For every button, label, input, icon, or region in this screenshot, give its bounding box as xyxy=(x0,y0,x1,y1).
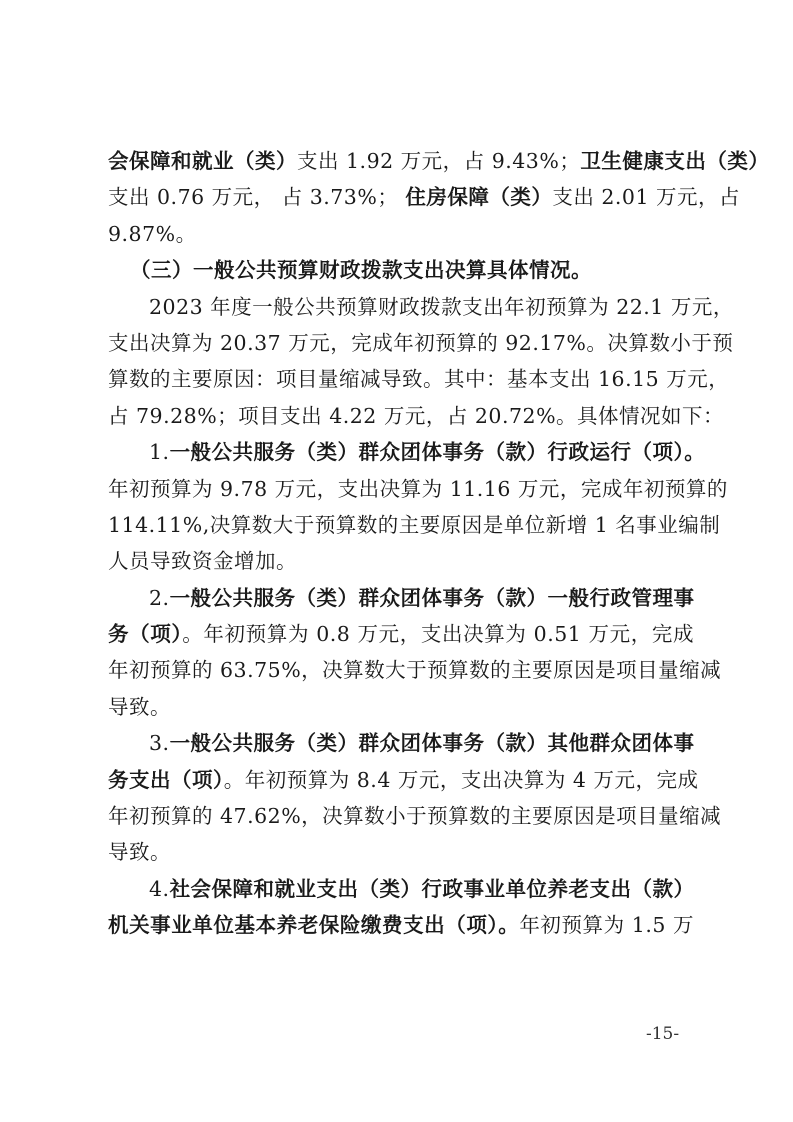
item-title-line: 务（项）。年初预算为 0.8 万元，支出决算为 0.51 万元，完成 xyxy=(108,616,694,652)
item-body-line: 年初预算的 47.62%，决算数小于预算数的主要原因是项目量缩减 xyxy=(108,798,694,834)
item-body-line: 年初预算为 9.78 万元，支出决算为 11.16 万元，完成年初预算的 xyxy=(108,471,694,507)
section-heading: （三）一般公共预算财政拨款支出决算具体情况。 xyxy=(108,252,694,288)
document-page: 会保障和就业（类）支出 1.92 万元，占 9.43%；卫生健康支出（类） 支出… xyxy=(108,143,694,944)
summary-line: 占 79.28%；项目支出 4.22 万元，占 20.72%。具体情况如下： xyxy=(108,398,694,434)
page-number: -15- xyxy=(646,1024,679,1044)
item-title: 一般公共服务（类）群众团体事务（款）其他群众团体事 xyxy=(170,731,695,755)
text-span: 9.87%。 xyxy=(108,222,197,246)
category-label: 住房保障（类） xyxy=(405,185,552,209)
item-title-line: 4.社会保障和就业支出（类）行政事业单位养老支出（款） xyxy=(108,871,694,907)
item-number: 1. xyxy=(149,440,170,464)
paragraph-line: 9.87%。 xyxy=(108,216,694,252)
summary-line: 算数的主要原因：项目量缩减导致。其中：基本支出 16.15 万元， xyxy=(108,361,694,397)
summary-line: 2023 年度一般公共预算财政拨款支出年初预算为 22.1 万元， xyxy=(108,289,694,325)
text-span: 支出 0.76 万元， 占 3.73%； xyxy=(108,185,405,209)
item-body-line: 导致。 xyxy=(108,834,694,870)
item-title: 社会保障和就业支出（类）行政事业单位养老支出（款） xyxy=(170,877,695,901)
item-number: 3. xyxy=(149,731,170,755)
item-number: 4. xyxy=(149,877,170,901)
paragraph-line: 支出 0.76 万元， 占 3.73%； 住房保障（类）支出 2.01 万元，占 xyxy=(108,179,694,215)
item-text: 年初预算为 1.5 万 xyxy=(519,913,694,937)
item-title-line: 务支出（项）。年初预算为 8.4 万元，支出决算为 4 万元，完成 xyxy=(108,762,694,798)
item-number: 2. xyxy=(149,586,170,610)
item-title: 一般公共服务（类）群众团体事务（款）一般行政管理事 xyxy=(170,586,695,610)
item-title-line: 机关事业单位基本养老保险缴费支出（项）。年初预算为 1.5 万 xyxy=(108,907,694,943)
text-span: 支出 1.92 万元，占 9.43%； xyxy=(297,149,580,173)
paragraph-line: 会保障和就业（类）支出 1.92 万元，占 9.43%；卫生健康支出（类） xyxy=(108,143,694,179)
item-title-line: 3.一般公共服务（类）群众团体事务（款）其他群众团体事 xyxy=(108,725,694,761)
item-text: 。年初预算为 0.8 万元，支出决算为 0.51 万元，完成 xyxy=(182,622,694,646)
summary-line: 支出决算为 20.37 万元，完成年初预算的 92.17%。决算数小于预 xyxy=(108,325,694,361)
item-text: 。年初预算为 8.4 万元，支出决算为 4 万元，完成 xyxy=(224,768,699,792)
item-title: 务支出（项） xyxy=(108,768,224,792)
item-body-line: 人员导致资金增加。 xyxy=(108,543,694,579)
item-title: 一般公共服务（类）群众团体事务（款）行政运行（项）。 xyxy=(170,440,706,464)
category-label: 卫生健康支出（类） xyxy=(580,149,769,173)
text-span: 支出 2.01 万元，占 xyxy=(552,185,740,209)
item-title-line: 1.一般公共服务（类）群众团体事务（款）行政运行（项）。 xyxy=(108,434,694,470)
item-title: 机关事业单位基本养老保险缴费支出（项）。 xyxy=(108,913,519,937)
item-body-line: 导致。 xyxy=(108,689,694,725)
item-body-line: 114.11%,决算数大于预算数的主要原因是单位新增 1 名事业编制 xyxy=(108,507,694,543)
item-body-line: 年初预算的 63.75%，决算数大于预算数的主要原因是项目量缩减 xyxy=(108,652,694,688)
item-title-line: 2.一般公共服务（类）群众团体事务（款）一般行政管理事 xyxy=(108,580,694,616)
category-label: 会保障和就业（类） xyxy=(108,149,297,173)
item-title: 务（项） xyxy=(108,622,182,646)
